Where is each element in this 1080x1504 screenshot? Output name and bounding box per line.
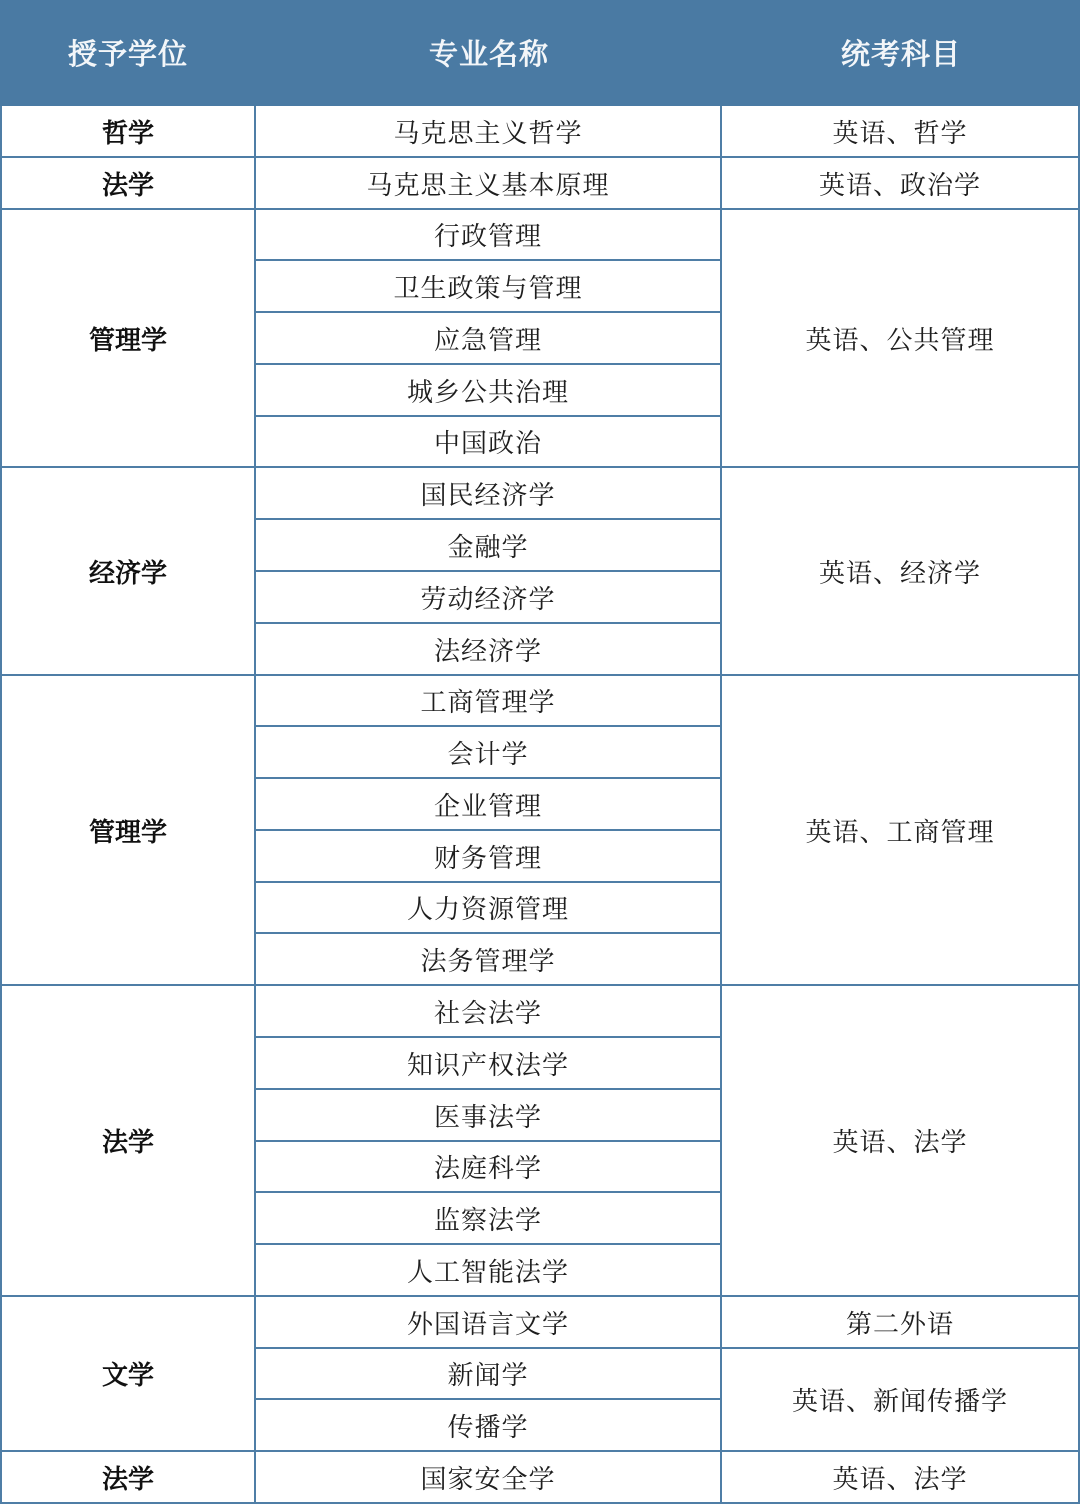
major-cell: 社会法学	[256, 986, 722, 1038]
degree-cell: 管理学	[0, 676, 256, 986]
exam-cell: 英语、新闻传播学	[722, 1349, 1080, 1452]
major-cell: 工商管理学	[256, 676, 722, 727]
degree-cell: 法学	[0, 1452, 256, 1504]
degree-cell: 文学	[0, 1297, 256, 1452]
major-cell: 国民经济学	[256, 468, 722, 520]
major-cell: 国家安全学	[256, 1452, 722, 1504]
exam-cell: 英语、公共管理	[722, 210, 1080, 468]
exam-cell: 英语、法学	[722, 986, 1080, 1297]
major-cell: 人力资源管理	[256, 883, 722, 934]
degree-cell: 法学	[0, 986, 256, 1297]
major-cell: 企业管理	[256, 779, 722, 831]
exam-cell: 英语、政治学	[722, 158, 1080, 210]
major-cell: 财务管理	[256, 831, 722, 883]
major-cell: 人工智能法学	[256, 1245, 722, 1297]
major-cell: 马克思主义基本原理	[256, 158, 722, 210]
header-major: 专业名称	[256, 0, 722, 106]
major-cell: 法经济学	[256, 624, 722, 676]
major-cell: 监察法学	[256, 1193, 722, 1245]
degree-cell: 法学	[0, 158, 256, 210]
degree-major-exam-table: 授予学位 专业名称 统考科目 哲学法学管理学经济学管理学法学文学法学马克思主义哲…	[0, 0, 1080, 1504]
exam-cell: 英语、经济学	[722, 468, 1080, 676]
header-degree: 授予学位	[0, 0, 256, 106]
major-cell: 卫生政策与管理	[256, 261, 722, 313]
exam-cell: 第二外语	[722, 1297, 1080, 1349]
major-cell: 会计学	[256, 727, 722, 779]
major-cell: 法务管理学	[256, 934, 722, 986]
major-cell: 传播学	[256, 1400, 722, 1452]
major-cell: 城乡公共治理	[256, 365, 722, 417]
degree-cell: 管理学	[0, 210, 256, 468]
exam-cell: 英语、哲学	[722, 106, 1080, 158]
table-body: 哲学法学管理学经济学管理学法学文学法学马克思主义哲学马克思主义基本原理行政管理卫…	[0, 106, 1080, 1504]
major-cell: 法庭科学	[256, 1142, 722, 1193]
major-cell: 马克思主义哲学	[256, 106, 722, 158]
major-cell: 知识产权法学	[256, 1038, 722, 1090]
major-cell: 劳动经济学	[256, 572, 722, 624]
major-cell: 应急管理	[256, 313, 722, 365]
table-header: 授予学位 专业名称 统考科目	[0, 0, 1080, 106]
major-cell: 外国语言文学	[256, 1297, 722, 1349]
major-cell: 金融学	[256, 520, 722, 572]
degree-cell: 经济学	[0, 468, 256, 676]
major-cell: 医事法学	[256, 1090, 722, 1142]
major-cell: 行政管理	[256, 210, 722, 261]
major-cell: 新闻学	[256, 1349, 722, 1400]
exam-cell: 英语、工商管理	[722, 676, 1080, 986]
exam-cell: 英语、法学	[722, 1452, 1080, 1504]
degree-cell: 哲学	[0, 106, 256, 158]
major-cell: 中国政治	[256, 417, 722, 468]
header-exam: 统考科目	[722, 0, 1080, 106]
